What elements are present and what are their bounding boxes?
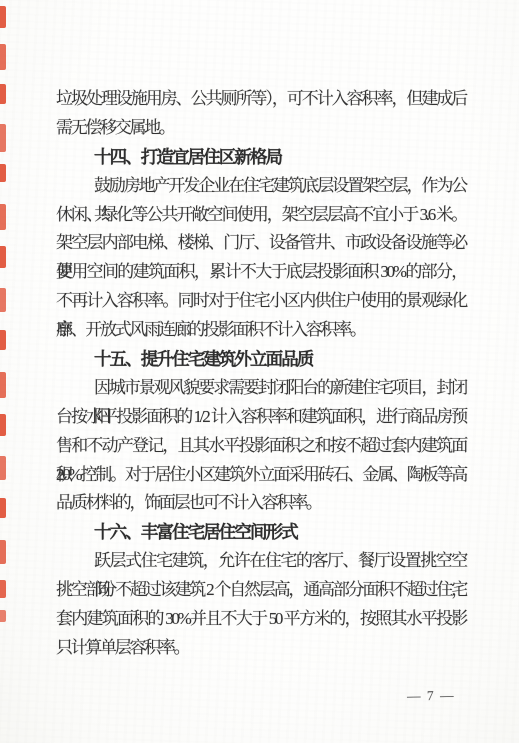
- text-line: 休闲、绿化等公共开敞空间使用，架空层层高不宜小于 3.6 米。: [56, 201, 466, 230]
- page-number: — 7 —: [407, 688, 455, 705]
- text-line: 使用空间的建筑面积，累计不大于底层投影面积 30%的部分，: [56, 258, 466, 287]
- text-line: 需无偿移交属地。: [56, 114, 466, 143]
- section-heading: 十四、打造宜居住区新格局: [56, 143, 466, 172]
- red-edge-dash: [0, 456, 6, 480]
- red-edge-dash: [0, 330, 6, 350]
- red-edge-dash: [0, 44, 6, 70]
- text-line: 只计算单层容积率。: [56, 634, 466, 663]
- red-edge-dash: [0, 204, 6, 230]
- text-line: 套内建筑面积的 30%并且不大于 50 平方米的，按照其水平投影: [56, 605, 466, 634]
- red-edge-dash: [0, 372, 6, 398]
- text-line: 售和不动产登记，且其水平投影面积之和按不超过套内建筑面积: [56, 432, 466, 461]
- red-edge-dash: [0, 124, 6, 152]
- document-page: 垃圾处理设施用房、公共厕所等），可不计入容积率，但建成后需无偿移交属地。十四、打…: [0, 0, 519, 743]
- red-edge-dash: [0, 84, 6, 104]
- text-line: 台按水平投影面积的 1/2 计入容积率和建筑面积，进行商品房预: [56, 403, 466, 432]
- left-edge-red-marks: [0, 0, 12, 743]
- document-text-block: 垃圾处理设施用房、公共厕所等），可不计入容积率，但建成后需无偿移交属地。十四、打…: [56, 85, 466, 663]
- red-edge-dash: [0, 164, 6, 182]
- section-heading: 十六、丰富住宅居住空间形式: [56, 518, 466, 547]
- red-edge-dash: [0, 288, 6, 312]
- text-line: 因城市景观风貌要求需要封闭阳台的新建住宅项目，封闭阳: [56, 374, 466, 403]
- red-edge-dash: [0, 580, 6, 598]
- red-edge-dash: [0, 540, 6, 564]
- text-line: 垃圾处理设施用房、公共厕所等），可不计入容积率，但建成后: [56, 85, 466, 114]
- text-line: 挑空部分不超过该建筑 2 个自然层高，通高部分面积不超过住宅: [56, 576, 466, 605]
- text-line: 20%控制。对于居住小区建筑外立面采用砖石、金属、陶板等高: [56, 461, 466, 490]
- red-edge-dash: [0, 610, 6, 622]
- section-heading: 十五、提升住宅建筑外立面品质: [56, 345, 466, 374]
- text-line: 跃层式住宅建筑，允许在住宅的客厅、餐厅设置挑空空间，: [56, 547, 466, 576]
- text-line: 不再计入容积率。同时对于住宅小区内供住户使用的景观绿化亭: [56, 287, 466, 316]
- red-edge-dash: [0, 498, 6, 518]
- text-line: 品质材料的，饰面层也可不计入容积率。: [56, 489, 466, 518]
- red-edge-dash: [0, 414, 6, 436]
- red-edge-dash: [0, 6, 6, 28]
- text-line: 廊、开放式风雨连廊的投影面积不计入容积率。: [56, 316, 466, 345]
- text-line: 架空层内部电梯、楼梯、门厅、设备管井、市政设备设施等必要: [56, 229, 466, 258]
- red-edge-dash: [0, 246, 6, 268]
- text-line: 鼓励房地产开发企业在住宅建筑底层设置架空层，作为公共: [56, 172, 466, 201]
